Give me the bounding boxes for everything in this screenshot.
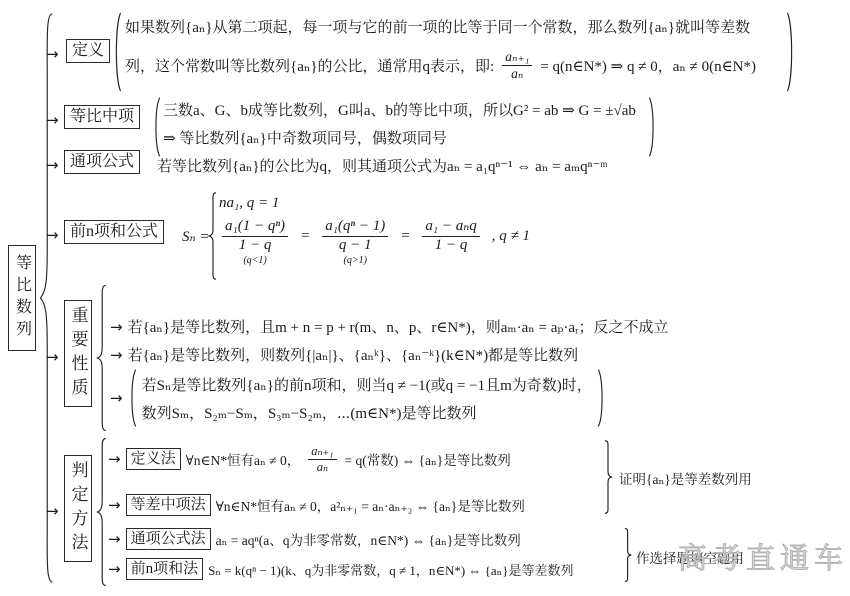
method-definition-label: 定义法	[131, 451, 176, 467]
fraction-numerator: aₙ₊₁	[308, 444, 336, 459]
root-label: 等比数列	[11, 254, 34, 342]
definition-label: 定义	[72, 42, 104, 59]
definition-fraction: aₙ₊₁ aₙ	[502, 49, 532, 81]
equals-sign: =	[300, 228, 310, 245]
definition-paren-open	[112, 12, 122, 92]
sum-case-q-equals-1: na₁, q = 1	[219, 195, 279, 212]
fraction-numerator: a₁(1 − qⁿ)	[222, 218, 288, 236]
arrow-icon: →	[110, 318, 123, 336]
geometric-mean-label: 等比中项	[70, 108, 134, 125]
property-3-line1: 若Sₙ是等比数列{aₙ}的前n项和，则当q ≠ −1(或q = −1且m为奇数)…	[142, 374, 592, 395]
properties-label-box: 重要性质	[64, 300, 92, 407]
sum-symbol: Sₙ =	[182, 227, 209, 246]
definition-line2-text: 列，这个常数叫等比数列{aₙ}的公比，通常用q表示，即:	[125, 55, 494, 76]
property-1-text: 若{aₙ}是等比数列，且m + n = p + r(m、n、p、r∈N*)，则a…	[128, 316, 669, 337]
property-3-line2: 数列Sₘ，S₂ₘ−Sₘ，S₃ₘ−S₂ₘ，⋯(m∈N*)是等比数列	[142, 402, 592, 423]
arrow-icon: →	[110, 389, 123, 407]
method-middle-term-label-box: 等差中项法	[126, 494, 211, 516]
method-middle-term-label: 等差中项法	[131, 497, 206, 513]
sum-formula-label: 前n项和公式	[70, 223, 158, 240]
geometric-mean-line1: 三数a、G、b成等比数列，G叫a、b的等比中项，所以G² = ab ⇒ G = …	[163, 99, 636, 120]
property-3-paren-open	[128, 369, 137, 427]
definition-label-box: 定义	[66, 39, 110, 63]
property-3-lines: 若Sₙ是等比数列{aₙ}的前n项和，则当q ≠ −1(或q = −1且m为奇数)…	[142, 374, 592, 423]
arrow-icon: →	[110, 346, 123, 364]
arrow-sum-formula-icon: →	[46, 226, 59, 244]
piecewise-brace	[207, 192, 217, 280]
fraction-denominator: q − 1	[336, 237, 375, 254]
arrow-methods-icon: →	[46, 502, 59, 520]
sum-case-condition: , q ≠ 1	[492, 228, 530, 245]
property-item-2: → 若{aₙ}是等比数列，则数列{|aₙ|}、{aₙᵏ}、{aₙ⁻ᵏ}(k∈N*…	[110, 344, 578, 365]
sum-fraction-2: a₁(qⁿ − 1) q − 1 (q>1)	[319, 218, 391, 254]
property-item-1: → 若{aₙ}是等比数列，且m + n = p + r(m、n、p、r∈N*)，…	[110, 316, 668, 337]
method-sum: → 前n项和法 Sₙ = k(qⁿ − 1)(k、q为非零常数，q ≠ 1，n∈…	[108, 558, 574, 580]
arrow-icon: →	[108, 496, 121, 514]
method-general-term-text: aₙ = aqⁿ(a、q为非零常数，n∈N*) ⇔ {aₙ}是等比数列	[216, 529, 521, 549]
fraction-numerator: aₙ₊₁	[502, 49, 532, 66]
property-3-paren-close	[597, 369, 606, 427]
method-middle-term: → 等差中项法 ∀n∈N*恒有aₙ ≠ 0，a²ₙ₊₁ = aₙ·aₙ₊₂ ⇔ …	[108, 494, 525, 516]
method-definition: → 定义法 ∀n∈N*恒有aₙ ≠ 0， aₙ₊₁ aₙ = q(常数) ⇔ {…	[108, 441, 511, 477]
properties-brace	[95, 284, 107, 432]
definition-paren-close	[786, 12, 796, 92]
arrow-geometric-mean-icon: →	[46, 111, 59, 129]
method-sum-text: Sₙ = k(qⁿ − 1)(k、q为非零常数，q ≠ 1，n∈N*) ⇔ {a…	[208, 560, 573, 579]
methods-label-box: 判定方法	[64, 455, 92, 562]
arrow-definition-icon: →	[46, 45, 59, 63]
methods-group-1-2-brace	[604, 440, 614, 514]
methods-group-3-4-brace	[624, 528, 633, 582]
definition-line2-tail: = q(n∈N*) ⇒ q ≠ 0，aₙ ≠ 0(n∈N*)	[540, 55, 756, 76]
method-definition-after: = q(常数) ⇔ {aₙ}是等比数列	[345, 449, 511, 469]
methods-label: 判定方法	[66, 461, 91, 557]
arrow-icon: →	[108, 560, 121, 578]
fraction-denominator: 1 − q	[236, 237, 275, 254]
arrow-icon: →	[108, 530, 121, 548]
geometric-mean-label-box: 等比中项	[64, 105, 140, 129]
general-term-label: 通项公式	[70, 153, 134, 170]
root-label-box: 等比数列	[8, 245, 36, 351]
method-sum-label-box: 前n项和法	[126, 558, 204, 580]
geometric-mean-line2: ⇒ 等比数列{aₙ}中奇数项同号，偶数项同号	[163, 127, 447, 148]
geometric-mean-paren-close	[648, 97, 657, 157]
methods-note-proof: 证明{aₙ}是等差数列用	[619, 468, 752, 488]
method-general-term-label-box: 通项公式法	[126, 528, 211, 550]
arrow-icon: →	[108, 450, 121, 468]
sum-case-q-not-1: a₁(1 − qⁿ) 1 − q (q<1) = a₁(qⁿ − 1) q − …	[219, 214, 530, 258]
condition-note: (q>1)	[344, 255, 367, 266]
fraction-denominator: aₙ	[508, 66, 526, 82]
sum-formula-label-box: 前n项和公式	[64, 220, 164, 244]
method-general-term-label: 通项公式法	[131, 531, 206, 547]
method-sum-label: 前n项和法	[131, 561, 199, 577]
sum-fraction-3: a₁ − aₙq 1 − q	[422, 218, 479, 254]
fraction-denominator: aₙ	[314, 460, 331, 474]
arrow-general-term-icon: →	[46, 156, 59, 174]
fraction-denominator: 1 − q	[432, 237, 471, 254]
definition-line2: 列，这个常数叫等比数列{aₙ}的公比，通常用q表示，即: aₙ₊₁ aₙ = q…	[125, 44, 756, 86]
method-general-term: → 通项公式法 aₙ = aqⁿ(a、q为非零常数，n∈N*) ⇔ {aₙ}是等…	[108, 528, 521, 550]
method-definition-fraction: aₙ₊₁ aₙ	[308, 444, 336, 474]
fraction-numerator: a₁(qⁿ − 1)	[322, 218, 388, 236]
equals-sign: =	[400, 228, 410, 245]
property-2-text: 若{aₙ}是等比数列，则数列{|aₙ|}、{aₙᵏ}、{aₙ⁻ᵏ}(k∈N*)都…	[128, 344, 579, 365]
properties-label: 重要性质	[66, 306, 91, 402]
condition-note: (q<1)	[243, 255, 266, 266]
concept-map-geometric-sequence: 等比数列 → 定义 如果数列{aₙ}从第二项起，每一项与它的前一项的比等于同一个…	[0, 0, 850, 596]
method-definition-label-box: 定义法	[126, 448, 181, 470]
arrow-properties-icon: →	[46, 348, 59, 366]
method-definition-before: ∀n∈N*恒有aₙ ≠ 0，	[186, 449, 301, 469]
watermark: 高考直通车	[678, 536, 848, 577]
fraction-numerator: a₁ − aₙq	[422, 218, 479, 236]
general-term-label-box: 通项公式	[64, 150, 140, 174]
sum-fraction-1: a₁(1 − qⁿ) 1 − q (q<1)	[219, 218, 291, 254]
geometric-mean-paren-open	[152, 97, 161, 157]
property-item-3: → 若Sₙ是等比数列{aₙ}的前n项和，则当q ≠ −1(或q = −1且m为奇…	[110, 368, 606, 428]
method-middle-term-text: ∀n∈N*恒有aₙ ≠ 0，a²ₙ₊₁ = aₙ·aₙ₊₂ ⇔ {aₙ}是等比数…	[216, 495, 525, 515]
definition-line1: 如果数列{aₙ}从第二项起，每一项与它的前一项的比等于同一个常数，那么数列{aₙ…	[125, 16, 750, 37]
main-brace	[37, 8, 54, 588]
general-term-formula: 若等比数列{aₙ}的公比为q，则其通项公式为aₙ = a₁qⁿ⁻¹ ⇔ aₙ =…	[157, 155, 608, 176]
methods-brace	[95, 437, 107, 587]
